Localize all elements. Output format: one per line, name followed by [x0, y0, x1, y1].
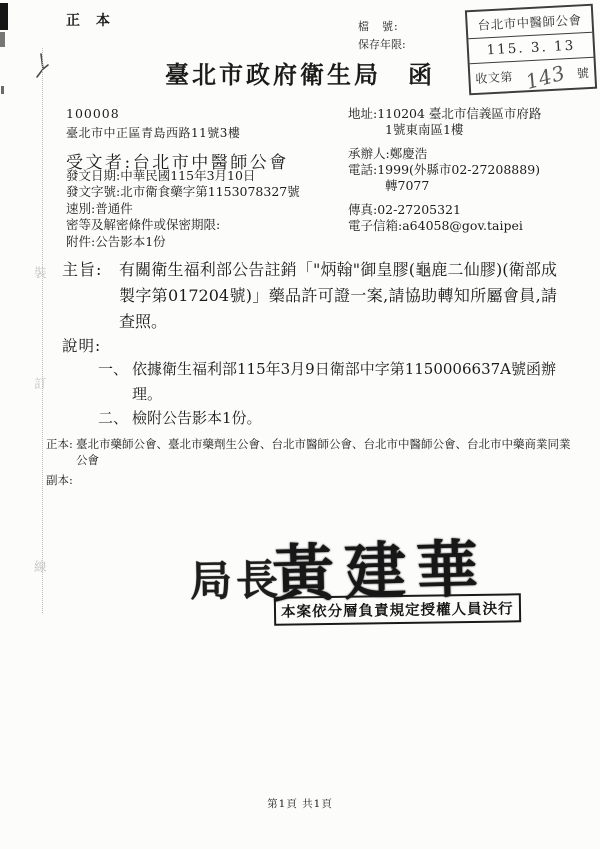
issue-number-line: 發文字號:北市衛食藥字第1153078327號	[66, 184, 300, 200]
subject-text: 有關衛生福利部公告註銷「"炳翰"御皇膠(龜鹿二仙膠)(衛部成製字第017204號…	[119, 257, 557, 335]
file-no-label: 檔 號:	[358, 18, 406, 36]
phone-line1: 電話:1999(外縣市02-27208889)	[348, 162, 593, 178]
item2-text: 檢附公告影本1份。	[132, 406, 556, 431]
item2-label: 二、	[98, 406, 132, 431]
document-title: 臺北市政府衛生局 函	[0, 55, 600, 90]
recipient-address: 臺北市中正區青島西路11號3樓	[66, 124, 289, 141]
item1-text: 依據衛生福利部115年3月9日衛部中字第1150006637A號函辦理。	[132, 357, 556, 407]
page-number: 第1頁 共1頁	[0, 796, 600, 811]
explanation-item-1: 一、 依據衛生福利部115年3月9日衛部中字第1150006637A號函辦理。	[98, 357, 556, 407]
binding-mark-zhuang: 裝	[34, 263, 47, 281]
distribution-section: 正本: 臺北市藥師公會、臺北市藥劑生公會、台北市醫師公會、台北市中醫師公會、台北…	[46, 437, 581, 489]
binding-mark-ding: 訂	[34, 374, 47, 392]
copy-type-label: 正本	[66, 10, 126, 30]
scan-edge-artifact	[0, 3, 8, 30]
phone-line2: 轉7077	[385, 178, 593, 194]
delegation-authority-stamp: 本案依分層負責規定授權人員決行	[274, 593, 521, 625]
email-line: 電子信箱:a64058@gov.taipei	[348, 218, 593, 234]
document-meta-right: 地址:110204 臺北市信義區市府路 1號東南區1樓 承辦人:鄭慶浩 電話:1…	[348, 106, 593, 234]
subject-label: 主旨:	[62, 257, 119, 335]
explanation-item-2: 二、 檢附公告影本1份。	[98, 406, 556, 431]
issue-date-line: 發文日期:中華民國115年3月10日	[66, 168, 300, 184]
original-recipients: 臺北市藥師公會、臺北市藥劑生公會、台北市醫師公會、台北市中醫師公會、台北市中藥商…	[76, 437, 581, 468]
copy-recipients-row: 副本:	[46, 473, 581, 489]
sender-address-line1: 地址:110204 臺北市信義區市府路	[348, 106, 593, 122]
scan-edge-artifact	[0, 32, 5, 47]
explanation-label: 說明:	[62, 334, 101, 356]
binding-line	[42, 48, 43, 613]
copy-label: 副本:	[46, 473, 76, 489]
original-label: 正本:	[46, 437, 76, 468]
speed-class-line: 速別:普通件	[66, 201, 300, 217]
fax-line: 傳真:02-27205321	[348, 202, 593, 218]
copy-recipients	[76, 473, 581, 489]
binding-mark-xian: 線	[34, 557, 47, 575]
item1-label: 一、	[98, 357, 132, 407]
retention-label: 保存年限:	[358, 36, 406, 54]
signer-title: 局長	[189, 547, 282, 609]
sender-address-line2: 1號東南區1樓	[385, 122, 593, 138]
official-letter-page: 裝 訂 線 正本 檔 號: 保存年限: 台北市中醫師公會 115. 3. 13 …	[0, 0, 600, 849]
recipient-block: 100008 臺北市中正區青島西路11號3樓 受文者:台北市中醫師公會	[66, 106, 289, 173]
attachment-line: 附件:公告影本1份	[66, 234, 300, 250]
contact-person-line: 承辦人:鄭慶浩	[348, 146, 593, 162]
document-meta-left: 發文日期:中華民國115年3月10日 發文字號:北市衛食藥字第115307832…	[66, 168, 300, 250]
security-class-line: 密等及解密條件或保密期限:	[66, 217, 300, 233]
file-labels: 檔 號: 保存年限:	[358, 18, 406, 54]
recipient-postal-code: 100008	[66, 106, 289, 121]
original-recipients-row: 正本: 臺北市藥師公會、臺北市藥劑生公會、台北市醫師公會、台北市中醫師公會、台北…	[46, 437, 581, 468]
subject-section: 主旨: 有關衛生福利部公告註銷「"炳翰"御皇膠(龜鹿二仙膠)(衛部成製字第017…	[62, 257, 557, 335]
